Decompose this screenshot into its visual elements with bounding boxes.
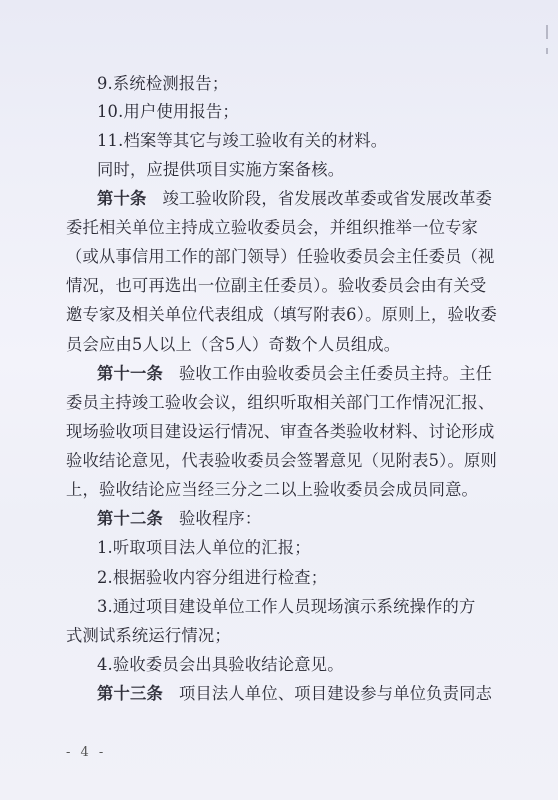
document-page: 9.系统检测报告； 10.用户使用报告； 11.档案等其它与竣工验收有关的材料。…: [0, 0, 558, 800]
paragraph-line: 现场验收项目建设运行情况、审查各类验收材料、讨论形成: [66, 421, 460, 443]
procedure-step-3: 3.通过项目建设单位工作人员现场演示系统操作的方: [97, 596, 460, 618]
paragraph-line: 邀专家及相关单位代表组成（填写附表6）。原则上，验收委: [66, 304, 460, 326]
paragraph-line: 委托相关单位主持成立验收委员会，并组织推举一位专家: [66, 217, 460, 239]
list-item-10: 10.用户使用报告；: [97, 101, 460, 123]
article-text: 项目法人单位、项目建设参与单位负责同志: [179, 684, 492, 703]
paragraph-line: 委员主持竣工验收会议，组织听取相关部门工作情况汇报、: [66, 392, 460, 414]
article-text: 验收工作由验收委员会主任委员主持。主任: [179, 364, 492, 383]
procedure-step-2: 2.根据验收内容分组进行检查；: [97, 567, 460, 589]
paragraph-line: 同时，应提供项目实施方案备核。: [97, 159, 460, 181]
article-heading: 第十三条: [97, 684, 163, 703]
article-12-line: 第十二条验收程序：: [97, 508, 460, 530]
article-11-line: 第十一条验收工作由验收委员会主任委员主持。主任: [97, 363, 460, 385]
paragraph-line: 员会应由5人以上（含5人）奇数个人员组成。: [66, 334, 460, 356]
procedure-step-4: 4.验收委员会出具验收结论意见。: [97, 654, 460, 676]
paragraph-line: （或从事信用工作的部门领导）任验收委员会主任委员（视: [66, 246, 460, 268]
article-text: 竣工验收阶段，省发展改革委或省发展改革委: [162, 189, 492, 208]
article-heading: 第十一条: [97, 364, 163, 383]
paragraph-line: 验收结论意见，代表验收委员会签署意见（见附表5）。原则: [66, 450, 460, 472]
article-text: 验收程序：: [179, 509, 261, 528]
page-number: - 4 -: [66, 745, 106, 760]
scan-edge-mark: [546, 48, 548, 54]
list-item-9: 9.系统检测报告；: [97, 73, 460, 95]
paragraph-line: 情况，也可再选出一位副主任委员）。验收委员会由有关受: [66, 275, 460, 297]
scan-edge-mark: [546, 25, 548, 39]
paragraph-line: 式测试系统运行情况；: [66, 625, 460, 647]
paragraph-line: 上，验收结论应当经三分之二以上验收委员会成员同意。: [66, 479, 460, 501]
list-item-11: 11.档案等其它与竣工验收有关的材料。: [97, 130, 460, 152]
article-10-line: 第十条竣工验收阶段，省发展改革委或省发展改革委: [97, 188, 460, 210]
procedure-step-1: 1.听取项目法人单位的汇报；: [97, 537, 460, 559]
article-heading: 第十二条: [97, 509, 163, 528]
article-heading: 第十条: [97, 189, 146, 208]
article-13-line: 第十三条项目法人单位、项目建设参与单位负责同志: [97, 683, 460, 705]
